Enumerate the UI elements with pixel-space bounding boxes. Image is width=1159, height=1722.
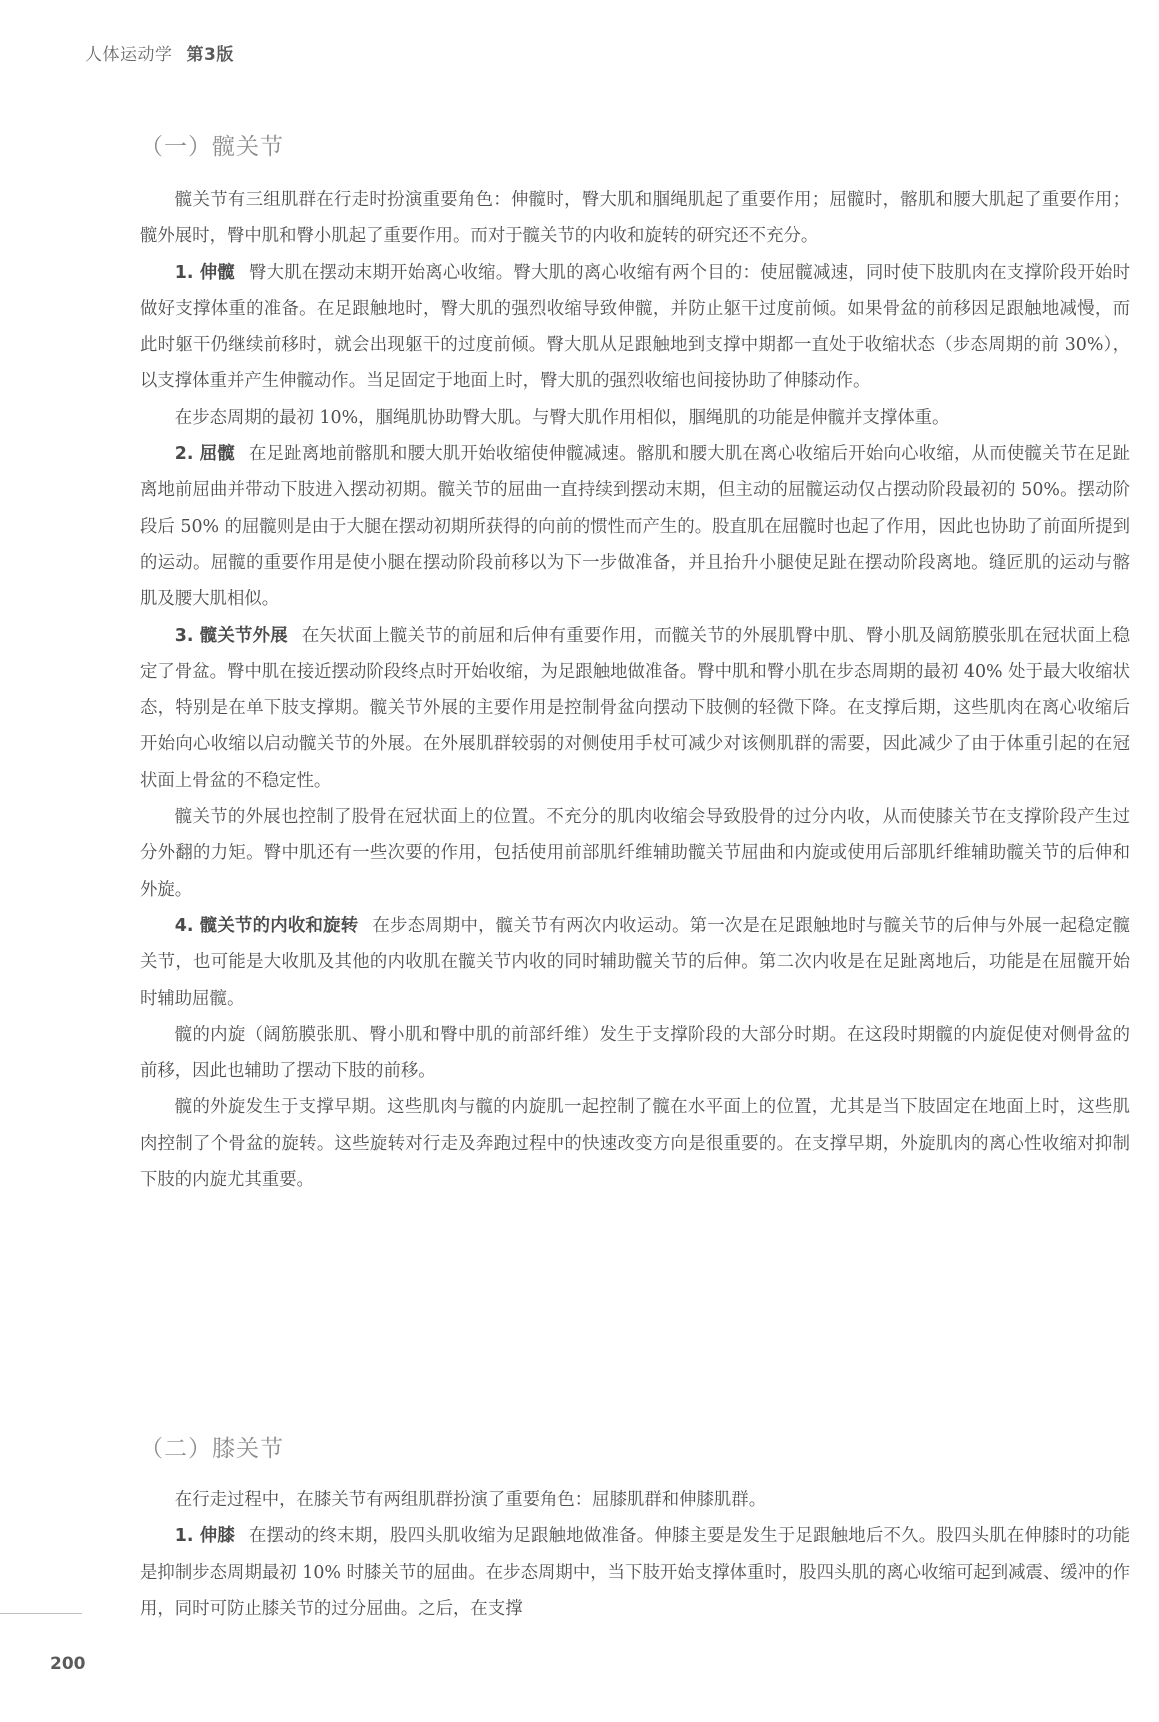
paragraph: 髋的外旋发生于支撑早期。这些肌肉与髋的内旋肌一起控制了髋在水平面上的位置，尤其是… bbox=[140, 1089, 1130, 1198]
paragraph: 3. 髋关节外展在矢状面上髋关节的前屈和后伸有重要作用，而髋关节的外展肌臀中肌、… bbox=[140, 618, 1130, 799]
subheading: 2. 屈髋 bbox=[175, 444, 235, 464]
paragraph: 1. 伸髋臀大肌在摆动末期开始离心收缩。臀大肌的离心收缩有两个目的：使屈髋减速，… bbox=[140, 255, 1130, 400]
section-title-knee: （二）膝关节 bbox=[140, 1430, 284, 1463]
paragraph: 髋关节有三组肌群在行走时扮演重要角色：伸髋时，臀大肌和腘绳肌起了重要作用；屈髋时… bbox=[140, 182, 1130, 255]
section-body-knee: 在行走过程中，在膝关节有两组肌群扮演了重要角色：屈膝肌群和伸膝肌群。 1. 伸膝… bbox=[140, 1482, 1130, 1627]
page-number: 200 bbox=[50, 1654, 86, 1674]
paragraph: 4. 髋关节的内收和旋转在步态周期中，髋关节有两次内收运动。第一次是在足跟触地时… bbox=[140, 908, 1130, 1017]
paragraph: 1. 伸膝在摆动的终末期，股四头肌收缩为足跟触地做准备。伸膝主要是发生于足跟触地… bbox=[140, 1518, 1130, 1627]
subheading: 3. 髋关节外展 bbox=[175, 626, 288, 646]
section-title-hip: （一）髋关节 bbox=[140, 128, 284, 161]
subheading: 1. 伸膝 bbox=[175, 1526, 235, 1546]
paragraph: 在行走过程中，在膝关节有两组肌群扮演了重要角色：屈膝肌群和伸膝肌群。 bbox=[140, 1482, 1130, 1518]
running-head: 人体运动学第3版 bbox=[85, 40, 234, 65]
section-body-hip: 髋关节有三组肌群在行走时扮演重要角色：伸髋时，臀大肌和腘绳肌起了重要作用；屈髋时… bbox=[140, 182, 1130, 1198]
paragraph: 2. 屈髋在足趾离地前髂肌和腰大肌开始收缩使伸髋减速。髂肌和腰大肌在离心收缩后开… bbox=[140, 436, 1130, 617]
subheading: 1. 伸髋 bbox=[175, 263, 235, 283]
subheading: 4. 髋关节的内收和旋转 bbox=[175, 916, 359, 936]
paragraph: 髋关节的外展也控制了股骨在冠状面上的位置。不充分的肌肉收缩会导致股骨的过分内收，… bbox=[140, 799, 1130, 908]
edition-label: 第3版 bbox=[187, 45, 234, 65]
book-title: 人体运动学 bbox=[85, 45, 173, 65]
footer-divider bbox=[0, 1613, 82, 1614]
paragraph: 在步态周期的最初 10%，腘绳肌协助臀大肌。与臀大肌作用相似，腘绳肌的功能是伸髋… bbox=[140, 400, 1130, 436]
paragraph: 髋的内旋（阔筋膜张肌、臀小肌和臀中肌的前部纤维）发生于支撑阶段的大部分时期。在这… bbox=[140, 1017, 1130, 1090]
